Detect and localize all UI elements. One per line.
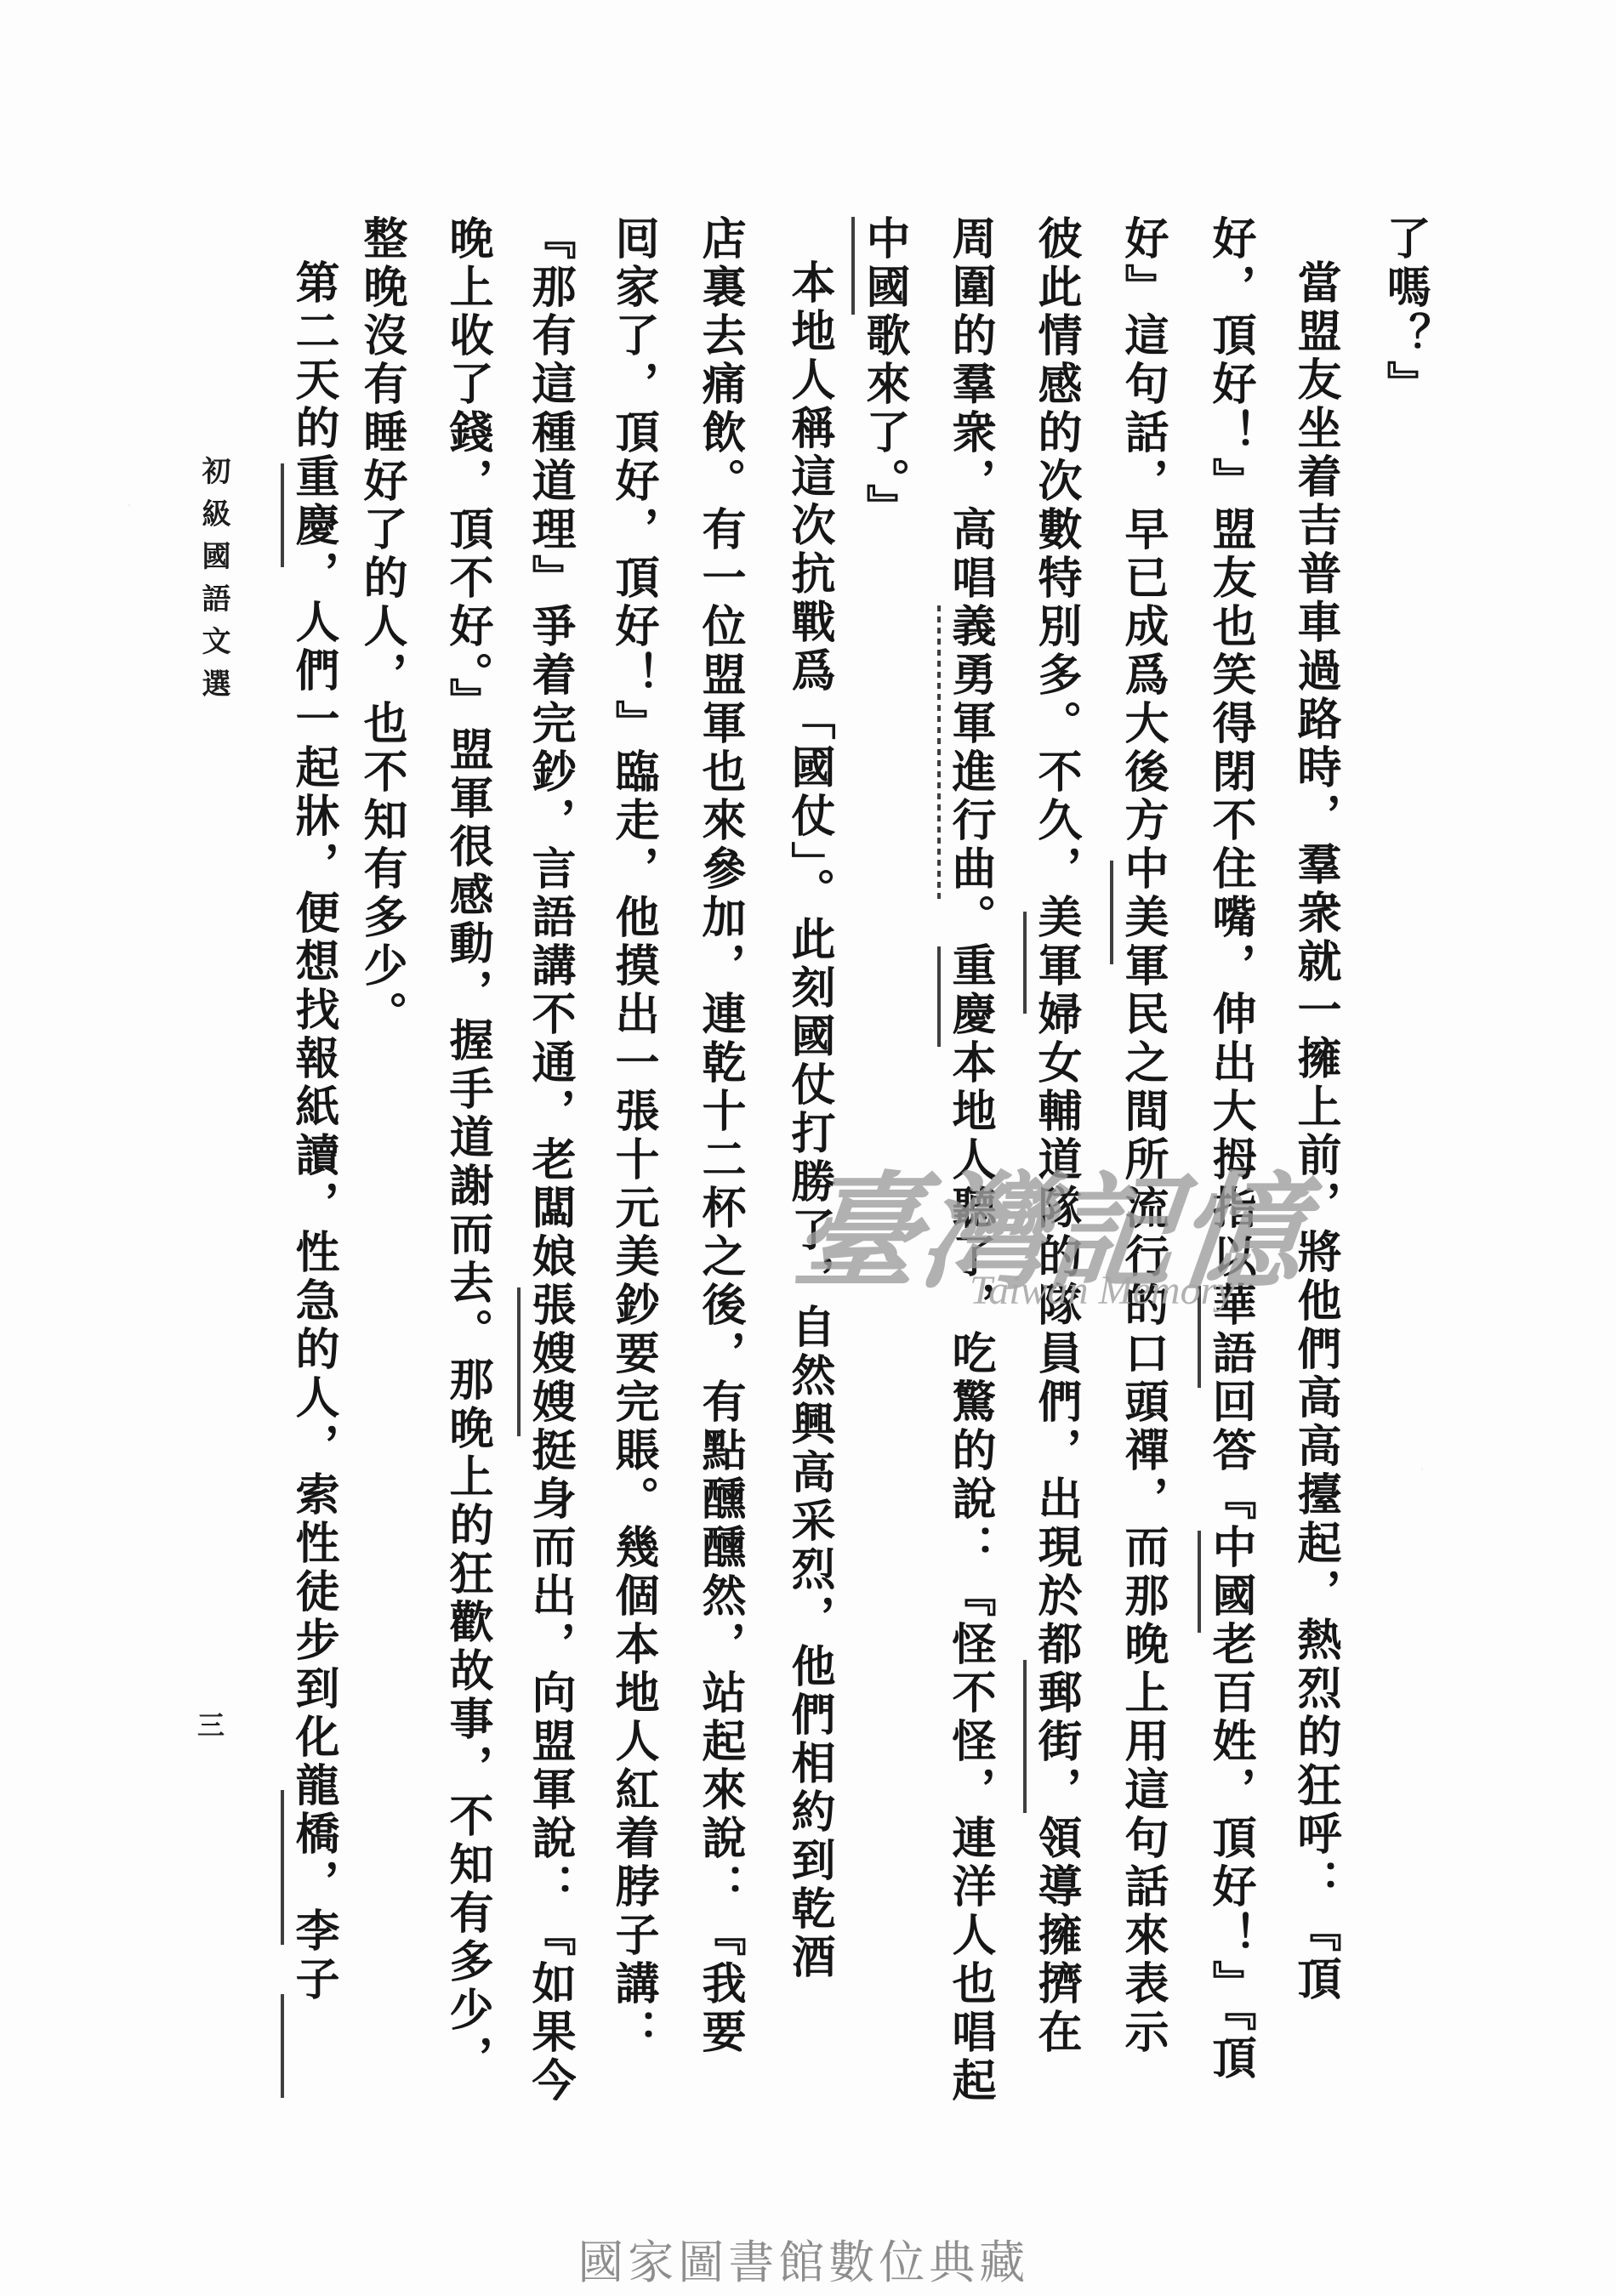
text-column-13: 整晚沒有睡好了的人，也不知有多少。 (341, 215, 420, 1039)
proper-noun-mark (851, 217, 855, 315)
text-column-14: 第二天的重慶，人們一起牀，便想找報紙讀，性急的人，索性徒步到化龍橋，李子 (273, 215, 352, 2004)
text-column-7: 中國歌來了。』 (844, 215, 923, 532)
book-title-mark (937, 605, 941, 900)
proper-noun-mark (937, 946, 941, 1047)
proper-noun-mark (281, 1994, 284, 2098)
text-column-2: 當盟友坐着吉普車過路時，羣衆就一擁上前，將他們高高擡起，熱烈的狂呼：『頂 (1275, 215, 1354, 2004)
watermark-latin: Taiwan Memory (970, 1267, 1235, 1314)
proper-noun-mark (1023, 912, 1027, 1014)
proper-noun-mark (281, 463, 284, 567)
proper-noun-mark (1110, 861, 1113, 964)
proper-noun-mark (517, 1287, 521, 1436)
text-column-12: 晚上收了錢，頂不好。』盟軍很感動，握手道謝而去。那晚上的狂歡故事，不知有多少， (427, 215, 506, 2083)
page-number: 三 (197, 1704, 225, 1743)
proper-noun-mark (1023, 1660, 1027, 1813)
text-column-1: 了嗎？』 (1364, 215, 1443, 409)
spine-label: 初級國語文選 (192, 456, 234, 711)
text-column-11: 『那有這種道理』爭着完鈔，言語講不通，老闆娘張嫂嫂挺身而出，向盟軍說：『如果今 (509, 215, 589, 2106)
text-column-9: 店裏去痛飲。有一位盟軍也來參加，連乾十二杯之後，有點醺醺然，站起來說：『我要 (680, 215, 759, 2057)
proper-noun-mark (1198, 1531, 1201, 1633)
text-column-8: 本地人稱這次抗戰爲「國仗」。此刻國仗打勝了，自然興高采烈，他們相約到乾酒 (769, 215, 848, 1982)
text-column-10: 囘家了，頂好，頂好！』臨走，他摸出一張十元美鈔要完賬。幾個本地人紅着脖子講： (593, 215, 672, 2057)
scanned-book-page: 了嗎？』 當盟友坐着吉普車過路時，羣衆就一擁上前，將他們高高擡起，熱烈的狂呼：『… (0, 0, 1616, 2296)
digital-archive-footer: 國家圖書館數位典藏 (578, 2226, 1029, 2292)
proper-noun-mark (281, 1790, 284, 1945)
